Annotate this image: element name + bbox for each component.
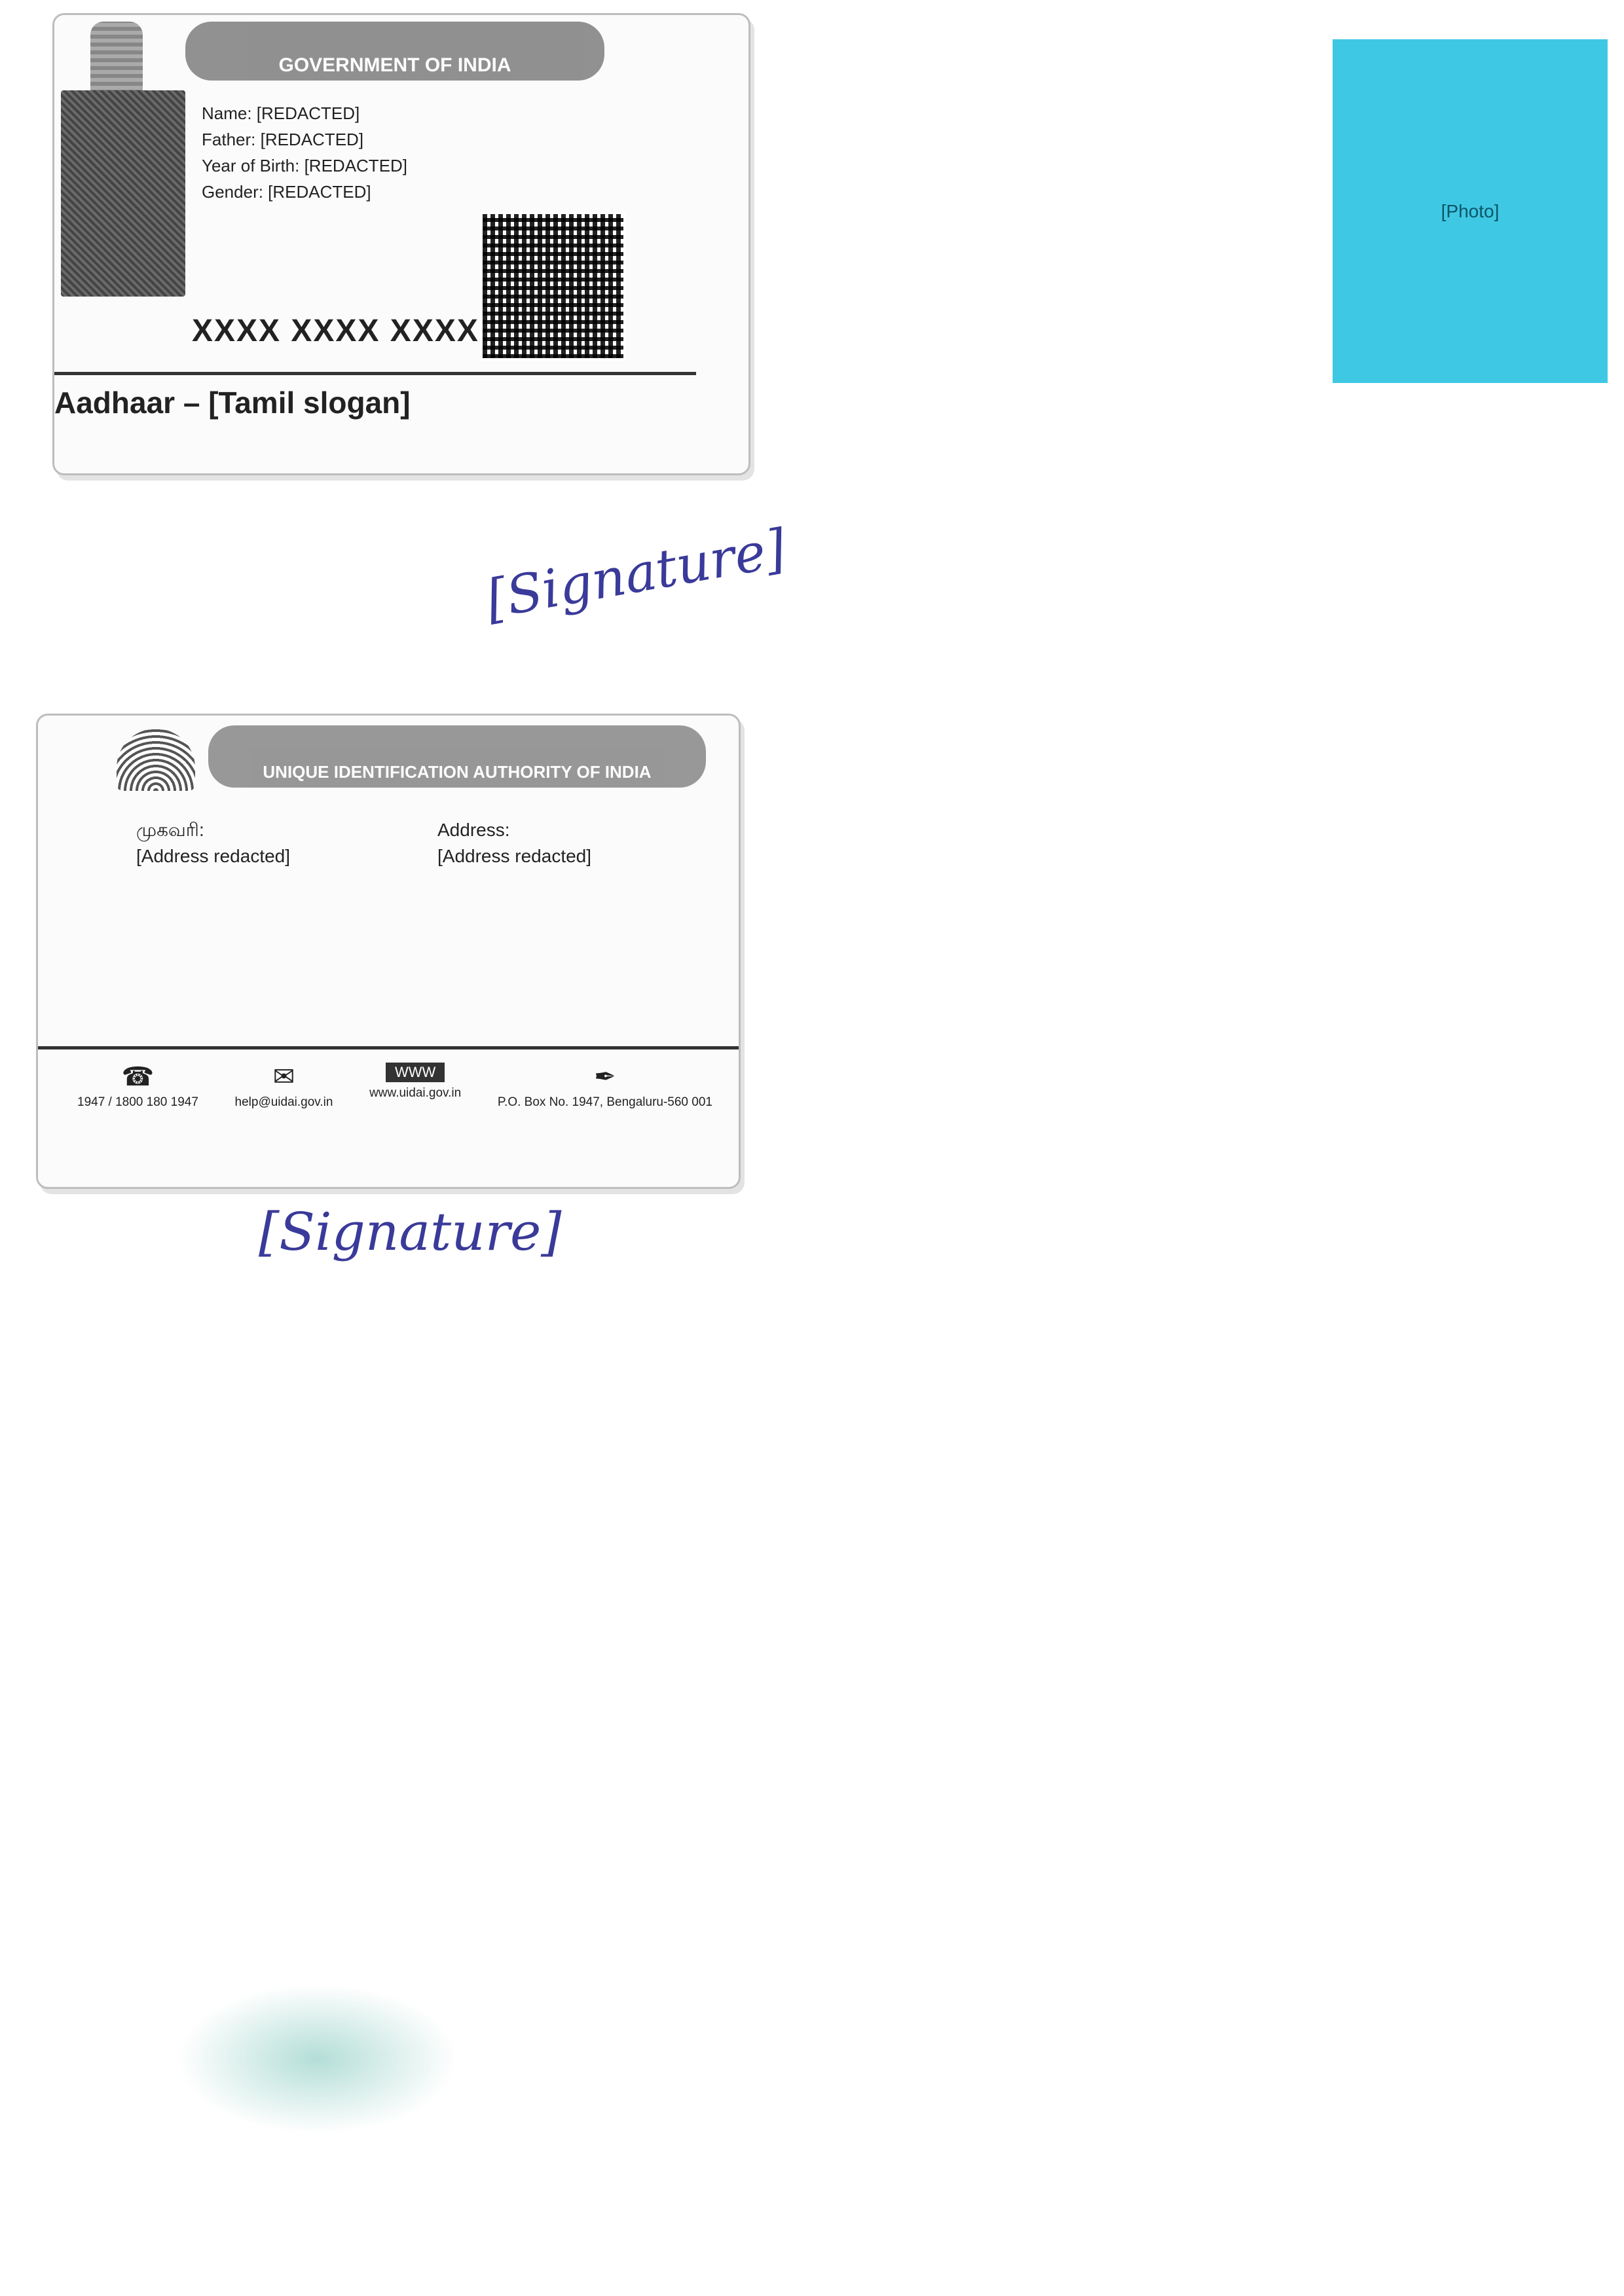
contact-text: P.O. Box No. 1947, Bengaluru-560 001 (498, 1095, 712, 1110)
id-number: XXXX XXXX XXXX (192, 313, 479, 349)
contact-post: ✒ P.O. Box No. 1947, Bengaluru-560 001 (498, 1063, 712, 1110)
uidai-header: UNIQUE IDENTIFICATION AUTHORITY OF INDIA (208, 725, 706, 788)
card-fields: Name: [REDACTED] Father: [REDACTED] Year… (202, 100, 407, 205)
contact-web: WWW www.uidai.gov.in (369, 1063, 461, 1110)
id-card-front: GOVERNMENT OF INDIA Name: [REDACTED] Fat… (52, 13, 750, 475)
yob-field: Year of Birth: [REDACTED] (202, 153, 407, 179)
contact-email: ✉ help@uidai.gov.in (235, 1063, 333, 1110)
mail-icon: ✉ (273, 1063, 295, 1091)
national-emblem-icon (90, 22, 143, 94)
web-icon: WWW (386, 1063, 445, 1082)
card-photo-placeholder (61, 90, 185, 297)
card-slogan: Aadhaar – [Tamil slogan] (54, 385, 411, 420)
signature-2: [Signature] (259, 1201, 562, 1262)
passport-photo-placeholder: [Photo] (1333, 39, 1608, 383)
government-header: GOVERNMENT OF INDIA (185, 22, 604, 81)
address-label-en: Address: (437, 817, 591, 843)
contact-text: help@uidai.gov.in (235, 1095, 333, 1110)
divider (38, 1046, 739, 1049)
contact-phone: ☎ 1947 / 1800 180 1947 (77, 1063, 198, 1110)
divider (54, 372, 696, 375)
address-text-en: [Address redacted] (437, 843, 591, 869)
aadhaar-logo-icon (117, 729, 195, 791)
stamp-mark (177, 1984, 458, 2134)
photo-label: [Photo] (1441, 201, 1500, 222)
address-english: Address: [Address redacted] (437, 817, 591, 869)
signature-1: [Signature] (481, 518, 790, 630)
name-field: Name: [REDACTED] (202, 100, 407, 126)
gender-field: Gender: [REDACTED] (202, 179, 407, 205)
contact-row: ☎ 1947 / 1800 180 1947 ✉ help@uidai.gov.… (77, 1063, 712, 1110)
pen-icon: ✒ (594, 1063, 616, 1091)
id-card-back: UNIQUE IDENTIFICATION AUTHORITY OF INDIA… (36, 714, 741, 1189)
contact-text: 1947 / 1800 180 1947 (77, 1095, 198, 1110)
phone-icon: ☎ (122, 1063, 155, 1091)
address-label-local: முகவரி: (136, 817, 290, 843)
qr-code-icon (480, 211, 626, 361)
address-local: முகவரி: [Address redacted] (136, 817, 290, 869)
address-text-local: [Address redacted] (136, 843, 290, 869)
contact-text: www.uidai.gov.in (369, 1086, 461, 1101)
father-field: Father: [REDACTED] (202, 126, 407, 153)
